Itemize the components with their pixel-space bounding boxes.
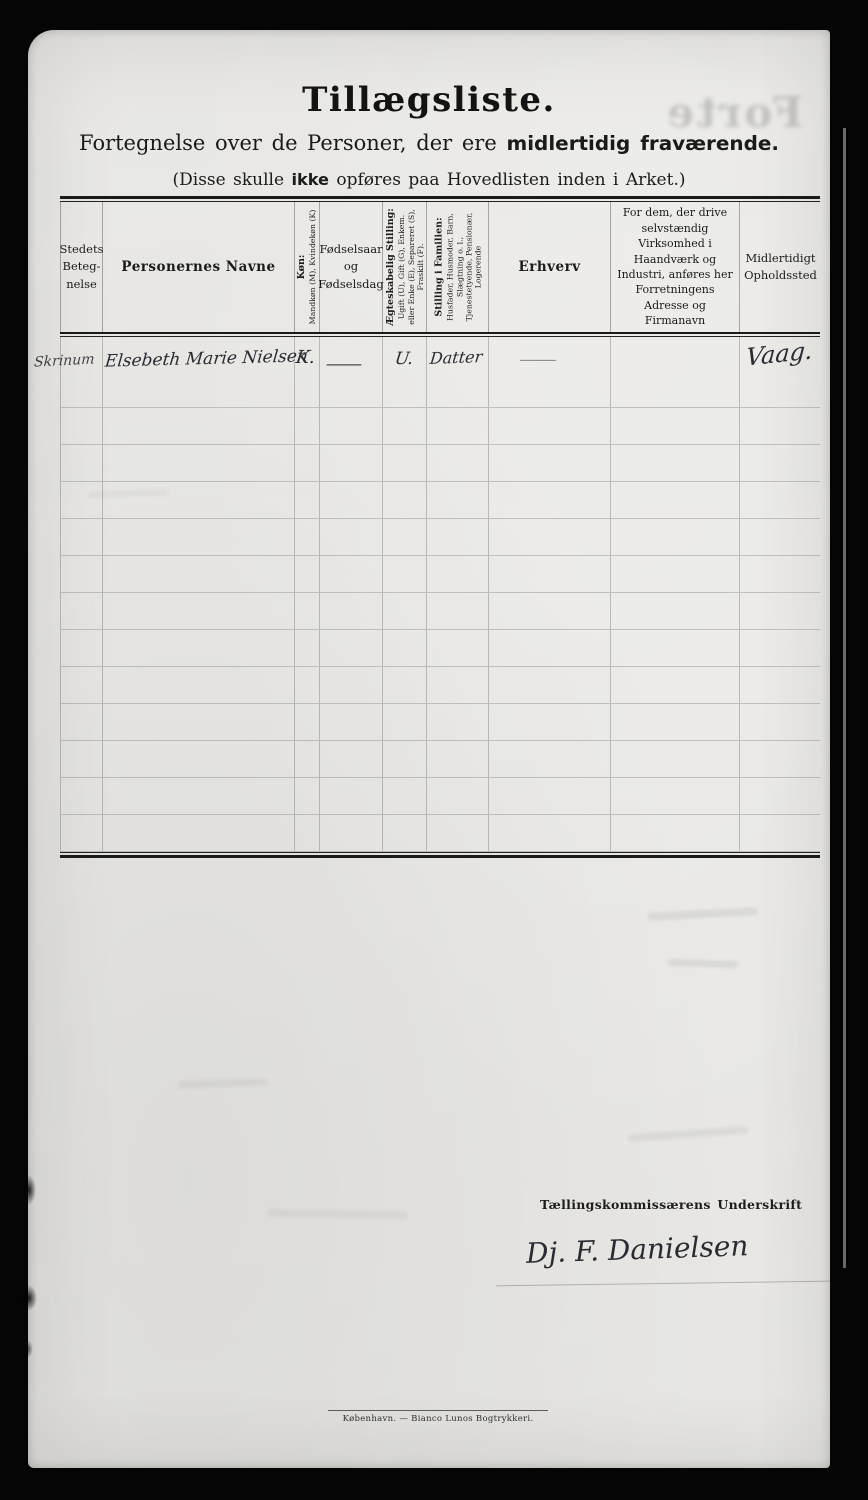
cell-sted: Skrinum: [61, 337, 103, 407]
empty-cell: [740, 630, 821, 666]
empty-cell: [103, 778, 295, 814]
empty-cell: [295, 593, 320, 629]
empty-cell: [427, 445, 489, 481]
empty-cell: [103, 408, 295, 444]
empty-cell: [383, 667, 427, 703]
empty-cell: [611, 482, 740, 518]
empty-cell: [427, 704, 489, 740]
empty-cell: [611, 815, 740, 851]
empty-cell: [383, 408, 427, 444]
cell-fodsel: —: [320, 337, 383, 407]
empty-cell: [295, 704, 320, 740]
handwritten-dash: —: [325, 351, 363, 375]
cell-erhverv: —: [489, 337, 611, 407]
table-header-row: Stedets Beteg- nelse Personernes Navne K…: [60, 202, 820, 332]
edge-ink-blob: [23, 1340, 33, 1358]
header-line: nelse: [66, 276, 97, 293]
empty-cell: [383, 593, 427, 629]
empty-cell: [61, 741, 103, 777]
edge-ink-blob: [22, 1175, 36, 1205]
empty-cell: [320, 519, 383, 555]
empty-table-row: [61, 778, 820, 815]
page-note: (Disse skulle ikke opføres paa Hovedlist…: [28, 170, 830, 190]
empty-cell: [103, 741, 295, 777]
col-header-erhverv: Erhverv: [489, 202, 611, 332]
header-label: Køn:: [296, 205, 307, 329]
header-label: For dem, der drive selvstændig Virksomhe…: [611, 205, 739, 328]
empty-cell: [320, 556, 383, 592]
bleed-through-smudge: [268, 1209, 408, 1219]
header-line: Opholdssted: [744, 267, 817, 284]
empty-cell: [383, 445, 427, 481]
empty-cell: [489, 593, 611, 629]
empty-cell: [489, 445, 611, 481]
signature-label: Tællingskommissærens Underskrift: [540, 1197, 802, 1212]
empty-cell: [295, 408, 320, 444]
empty-cell: [61, 482, 103, 518]
vertical-header-text: Stilling i Familien: Husfader, Husmoder,…: [433, 205, 482, 329]
empty-cell: [295, 482, 320, 518]
empty-cell: [489, 482, 611, 518]
empty-cell: [103, 482, 295, 518]
empty-table-row: [61, 445, 820, 482]
col-header-personernes-navne: Personernes Navne: [103, 202, 295, 332]
empty-cell: [320, 593, 383, 629]
empty-cell: [740, 445, 821, 481]
empty-cell: [611, 408, 740, 444]
empty-cell: [740, 519, 821, 555]
empty-cell: [61, 556, 103, 592]
empty-cell: [320, 630, 383, 666]
handwritten-whereabouts: Vaag.: [745, 336, 813, 371]
empty-cell: [611, 667, 740, 703]
empty-cell: [320, 741, 383, 777]
empty-table-row: [61, 630, 820, 667]
empty-cell: [61, 630, 103, 666]
table-body: Skrinum Elsebeth Marie Nielsen K. — U. D…: [60, 337, 820, 852]
empty-cell: [61, 815, 103, 851]
empty-cell: [103, 815, 295, 851]
col-header-fodselsaar: Fødselsaar og Fødselsdag: [320, 202, 383, 332]
empty-cell: [611, 519, 740, 555]
empty-table-row: [61, 815, 820, 852]
col-header-stilling-i-familien: Stilling i Familien: Husfader, Husmoder,…: [427, 202, 489, 332]
empty-cell: [320, 815, 383, 851]
empty-cell: [427, 741, 489, 777]
col-header-virksomhed-adresse: For dem, der drive selvstændig Virksomhe…: [611, 202, 740, 332]
empty-cell: [61, 593, 103, 629]
empty-cell: [740, 408, 821, 444]
empty-cell: [740, 482, 821, 518]
empty-cell: [295, 630, 320, 666]
col-header-aegteskabelig-stilling: Ægteskabelig Stilling: Ugift (U), Gift (…: [383, 202, 427, 332]
cell-stilling: Datter: [427, 337, 489, 407]
empty-cell: [740, 593, 821, 629]
empty-cell: [295, 445, 320, 481]
empty-cell: [61, 408, 103, 444]
cell-kon: K.: [295, 337, 320, 407]
empty-table-row: [61, 408, 820, 445]
empty-cell: [611, 445, 740, 481]
empty-cell: [383, 778, 427, 814]
empty-cell: [103, 445, 295, 481]
header-label: Stilling i Familien:: [433, 205, 444, 329]
empty-cell: [320, 667, 383, 703]
cell-adresse: [611, 337, 740, 407]
header-detail: Mandkøn (M), Kvindekøn (K): [309, 205, 318, 329]
cell-aegteskab: U.: [383, 337, 427, 407]
header-line: Fødselsdag: [318, 276, 384, 293]
cell-ophold: Vaag.: [740, 337, 821, 407]
empty-cell: [383, 556, 427, 592]
empty-cell: [103, 556, 295, 592]
empty-cell: [427, 593, 489, 629]
handwritten-dash: —: [518, 349, 558, 370]
header-line: Midlertidigt: [745, 250, 815, 267]
empty-cell: [383, 519, 427, 555]
empty-cell: [611, 778, 740, 814]
empty-cell: [489, 667, 611, 703]
empty-table-row: [61, 556, 820, 593]
page-title: Tillægsliste.: [28, 80, 830, 120]
paper-sheet: Forte Tillægsliste. Fortegnelse over de …: [28, 30, 830, 1468]
empty-cell: [61, 445, 103, 481]
header-label: Personernes Navne: [121, 259, 275, 275]
empty-cell: [103, 704, 295, 740]
empty-cell: [320, 704, 383, 740]
empty-cell: [611, 630, 740, 666]
empty-table-row: [61, 741, 820, 778]
empty-cell: [427, 778, 489, 814]
empty-cell: [320, 778, 383, 814]
empty-cell: [489, 556, 611, 592]
empty-cell: [103, 667, 295, 703]
empty-cell: [611, 593, 740, 629]
header-line: Beteg-: [63, 258, 101, 275]
empty-cell: [611, 556, 740, 592]
col-header-midlertidigt-opholdssted: Midlertidigt Opholdssted: [740, 202, 821, 332]
empty-cell: [740, 815, 821, 851]
empty-table-row: [61, 704, 820, 741]
empty-cell: [61, 519, 103, 555]
header-detail: Ugift (U), Gift (G), Enkem. eller Enke (…: [397, 205, 425, 329]
empty-table-row: [61, 593, 820, 630]
empty-cell: [383, 482, 427, 518]
empty-cell: [427, 519, 489, 555]
empty-cell: [320, 445, 383, 481]
empty-cell: [611, 741, 740, 777]
subtitle-regular: Fortegnelse over de Personer, der ere: [79, 131, 497, 155]
adjacent-page-edge: [843, 128, 846, 1268]
empty-cell: [427, 556, 489, 592]
empty-cell: [611, 704, 740, 740]
header-label: Erhverv: [518, 259, 580, 275]
col-header-kon: Køn: Mandkøn (M), Kvindekøn (K): [295, 202, 320, 332]
empty-cell: [489, 778, 611, 814]
empty-cell: [489, 408, 611, 444]
empty-cell: [295, 741, 320, 777]
header-label: Ægteskabelig Stilling:: [385, 205, 396, 329]
empty-cell: [295, 778, 320, 814]
table-row-entry: Skrinum Elsebeth Marie Nielsen K. — U. D…: [61, 337, 820, 408]
handwritten-place: Skrinum: [34, 351, 95, 370]
empty-cell: [383, 704, 427, 740]
printer-imprint: København. — Bianco Lunos Bogtrykkeri.: [328, 1410, 548, 1424]
empty-cell: [489, 630, 611, 666]
empty-cell: [489, 741, 611, 777]
empty-cell: [320, 408, 383, 444]
bleed-through-smudge: [668, 959, 738, 968]
empty-cell: [61, 704, 103, 740]
empty-cell: [61, 667, 103, 703]
empty-cell: [740, 741, 821, 777]
header-line: Fødselsaar: [319, 241, 382, 258]
header-line: Stedets: [60, 241, 104, 258]
empty-table-row: [61, 519, 820, 556]
vertical-header-text: Køn: Mandkøn (M), Kvindekøn (K): [296, 205, 318, 329]
edge-ink-blob: [21, 1285, 37, 1311]
note-post: opføres paa Hovedlisten inden i Arket.): [336, 170, 685, 190]
empty-cell: [427, 482, 489, 518]
note-bold: ikke: [291, 170, 329, 189]
empty-table-row: [61, 667, 820, 704]
empty-cell: [427, 408, 489, 444]
empty-cell: [320, 482, 383, 518]
empty-cell: [740, 556, 821, 592]
empty-cell: [740, 667, 821, 703]
empty-cell: [295, 815, 320, 851]
page-subtitle: Fortegnelse over de Personer, der ere mi…: [28, 131, 830, 155]
empty-cell: [427, 630, 489, 666]
empty-cell: [295, 667, 320, 703]
empty-cell: [740, 778, 821, 814]
handwritten-sex: K.: [295, 347, 317, 368]
empty-cell: [103, 519, 295, 555]
empty-cell: [295, 519, 320, 555]
handwritten-family-position: Datter: [429, 347, 483, 368]
commissioner-signature: Dj. F. Danielsen: [525, 1229, 748, 1270]
empty-cell: [427, 667, 489, 703]
bleed-through-smudge: [648, 907, 758, 921]
col-header-stedets-betegnelse: Stedets Beteg- nelse: [61, 202, 103, 332]
empty-cell: [383, 741, 427, 777]
note-pre: (Disse skulle: [173, 170, 285, 190]
empty-cell: [103, 630, 295, 666]
bleed-through-smudge: [628, 1126, 748, 1142]
empty-cell: [103, 593, 295, 629]
table-bottom-rule: [60, 852, 820, 858]
empty-cell: [489, 519, 611, 555]
bleed-through-smudge: [178, 1078, 268, 1088]
handwritten-marital: U.: [394, 349, 415, 369]
empty-cell: [740, 704, 821, 740]
scanned-census-page: { "page": { "title": "Tillægsliste.", "s…: [0, 0, 868, 1500]
empty-cell: [489, 815, 611, 851]
subtitle-bold: midlertidig fraværende.: [506, 131, 779, 155]
cell-navn: Elsebeth Marie Nielsen: [103, 337, 295, 407]
empty-cell: [61, 778, 103, 814]
empty-table-row: [61, 482, 820, 519]
empty-cell: [489, 704, 611, 740]
header-line: og: [344, 258, 358, 275]
empty-cell: [295, 556, 320, 592]
empty-cell: [383, 815, 427, 851]
handwritten-name: Elsebeth Marie Nielsen: [104, 346, 309, 371]
empty-cell: [427, 815, 489, 851]
census-table: Stedets Beteg- nelse Personernes Navne K…: [60, 196, 820, 858]
header-detail: Husfader, Husmoder, Barn, Slægtning o. l…: [445, 205, 482, 329]
vertical-header-text: Ægteskabelig Stilling: Ugift (U), Gift (…: [385, 205, 425, 329]
empty-cell: [383, 630, 427, 666]
signature-underline: [496, 1281, 830, 1287]
